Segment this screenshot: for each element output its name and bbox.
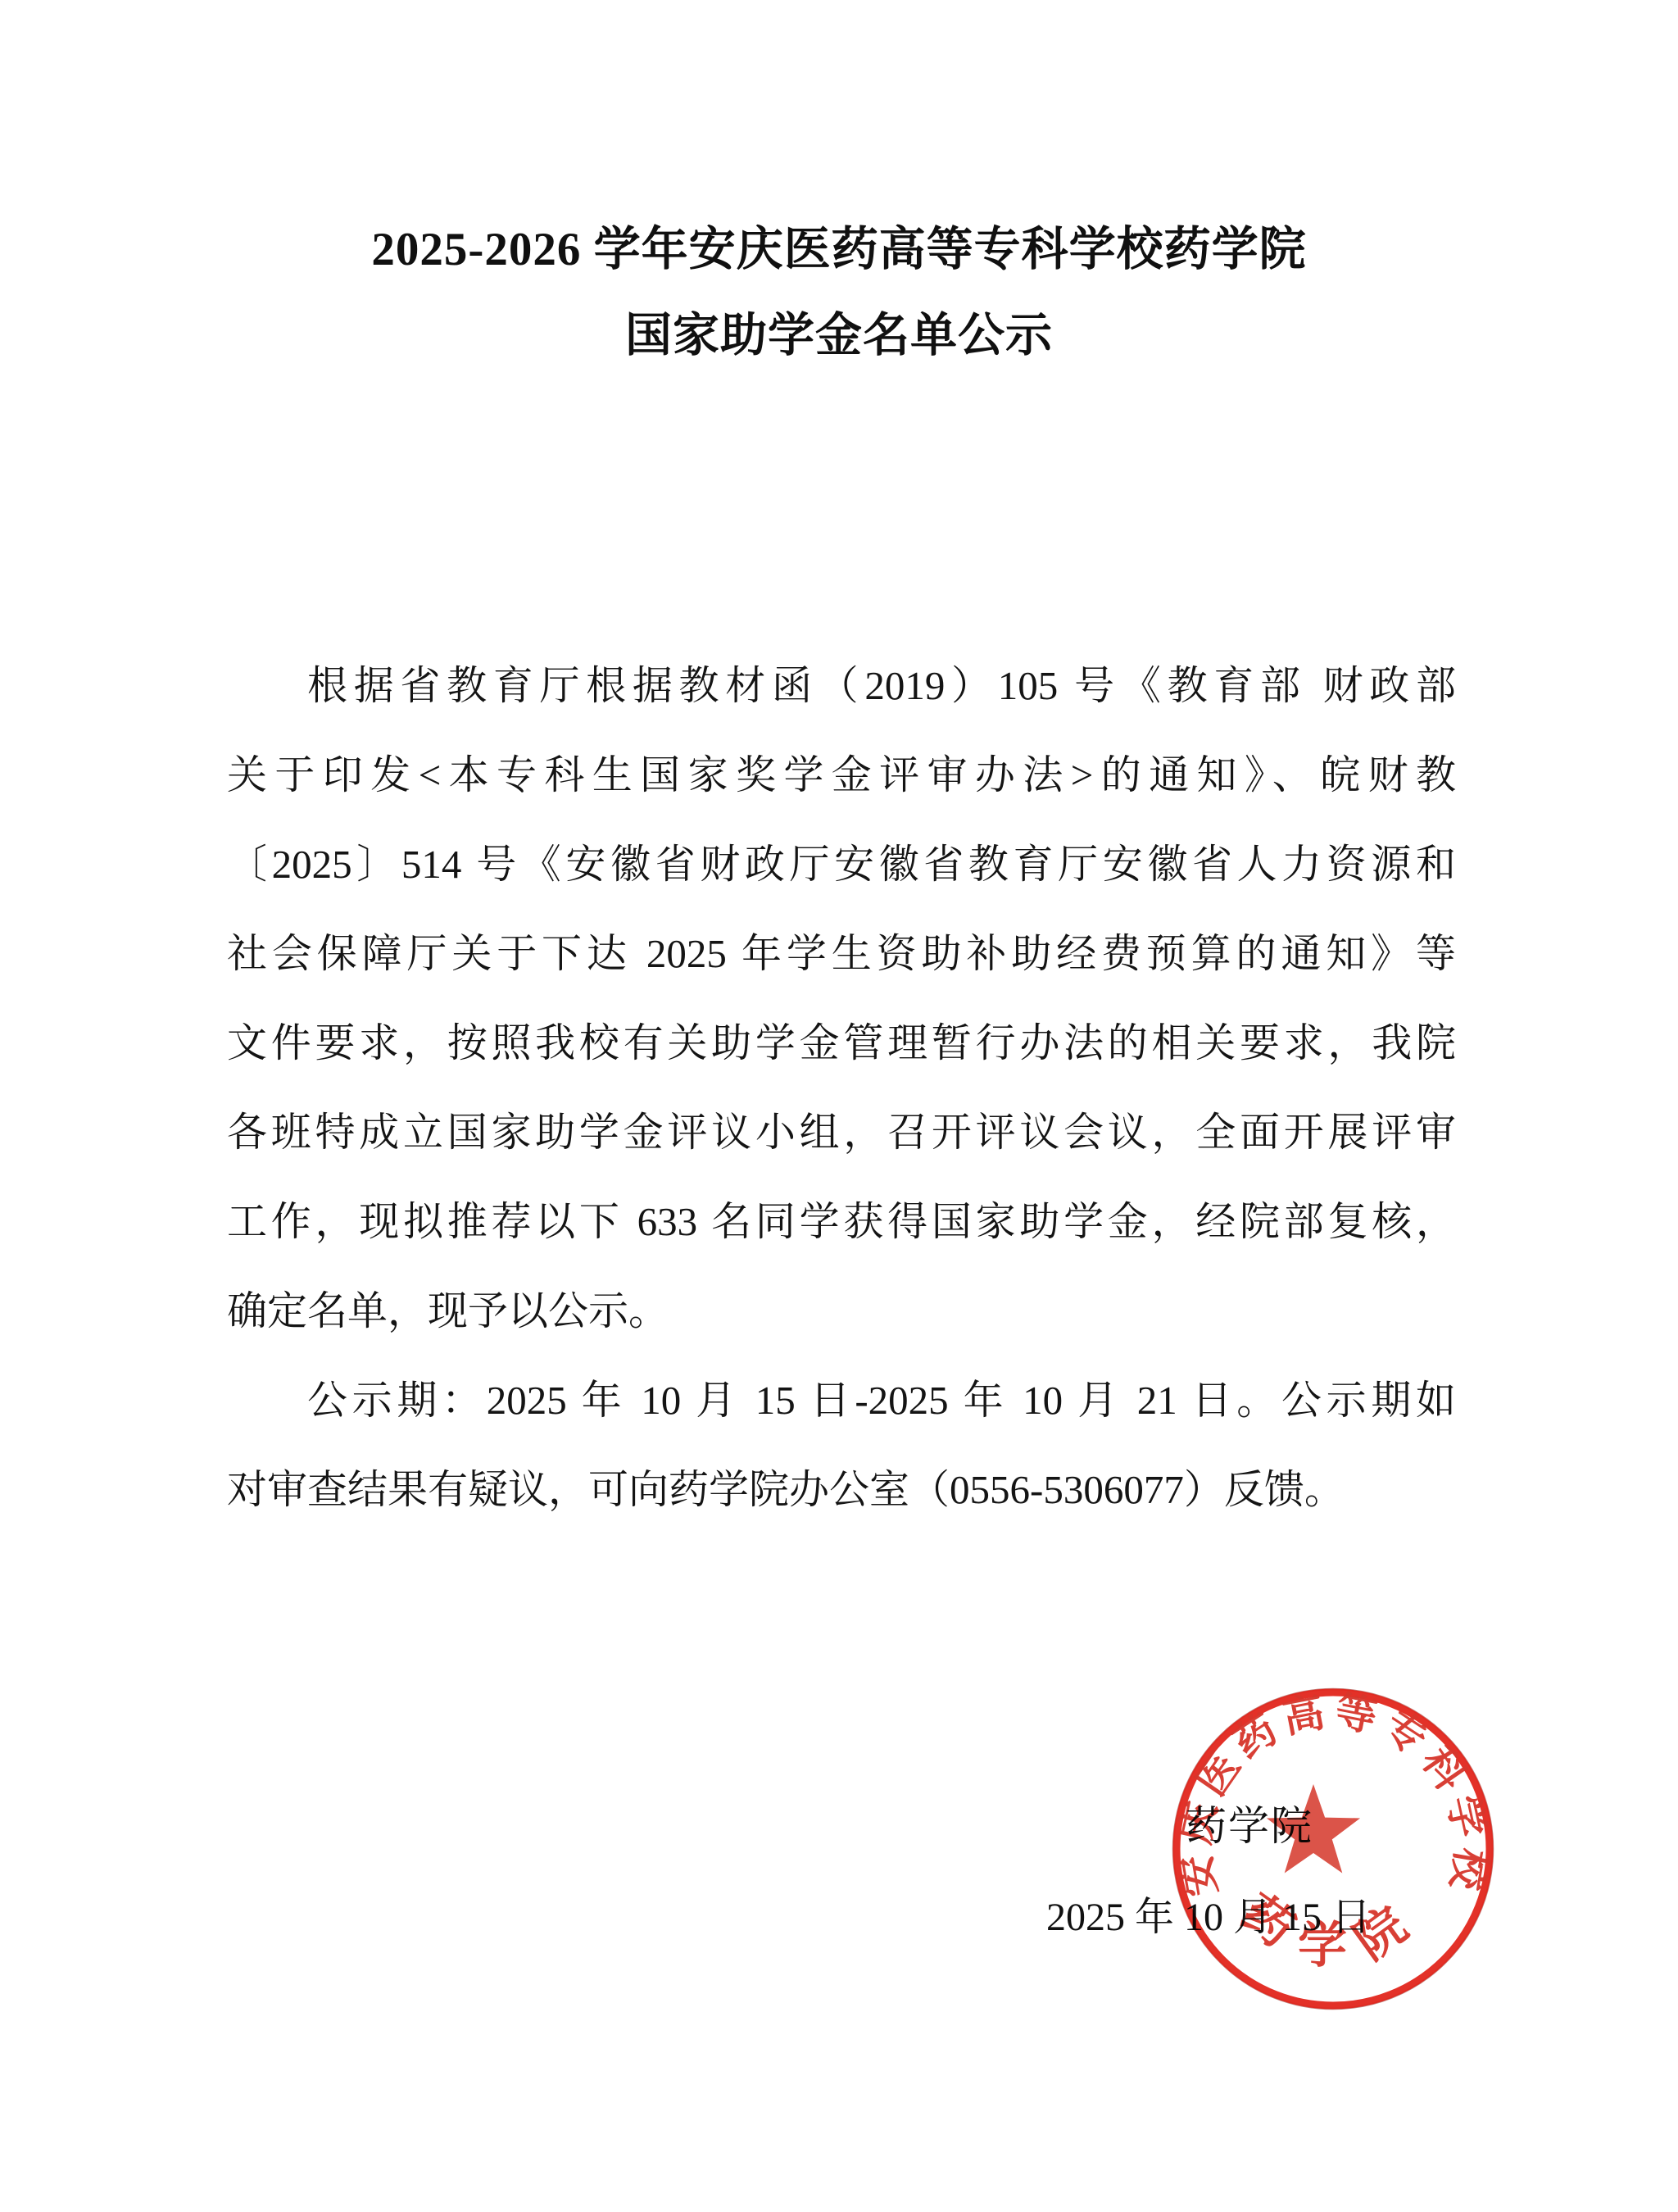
official-seal-svg: 安庆医药高等专科学校 药学院 [1163, 1680, 1508, 2024]
stamp-ring-text: 安庆医药高等专科学校 [1172, 1687, 1494, 1900]
body-line: 根据省教育厅根据教材函（2019）105 号《教育部 财政部 [227, 641, 1456, 730]
official-seal-stamp: 安庆医药高等专科学校 药学院 [1163, 1680, 1508, 2024]
body-line: 各班特成立国家助学金评议小组，召开评议会议，全面开展评审 [227, 1088, 1456, 1177]
body-line: 确定名单，现予以公示。 [227, 1266, 1456, 1356]
body-line: 文件要求，按照我校有关助学金管理暂行办法的相关要求，我院 [227, 998, 1456, 1088]
stamp-ring-text-holder: 安庆医药高等专科学校 [1172, 1687, 1494, 1900]
document-title-line1: 2025-2026 学年安庆医药高等专科学校药学院 [0, 207, 1678, 293]
body-line: 关于印发<本专科生国家奖学金评审办法>的通知》、皖财教 [227, 730, 1456, 820]
document-page: 2025-2026 学年安庆医药高等专科学校药学院 国家助学金名单公示 根据省教… [0, 0, 1678, 2212]
stamp-bottom-text-holder: 药学院 [1232, 1885, 1434, 1973]
document-title-line2: 国家助学金名单公示 [0, 293, 1678, 379]
body-line: 对审查结果有疑议，可向药学院办公室（0556-5306077）反馈。 [227, 1445, 1456, 1534]
document-body: 根据省教育厅根据教材函（2019）105 号《教育部 财政部 关于印发<本专科生… [227, 641, 1456, 1534]
body-line: 〔2025〕514 号《安徽省财政厅安徽省教育厅安徽省人力资源和 [227, 820, 1456, 909]
body-line: 社会保障厅关于下达 2025 年学生资助补助经费预算的通知》等 [227, 909, 1456, 998]
body-line: 公示期：2025 年 10 月 15 日-2025 年 10 月 21 日。公示… [227, 1356, 1456, 1445]
body-line: 工作，现拟推荐以下 633 名同学获得国家助学金，经院部复核， [227, 1177, 1456, 1266]
document-title: 2025-2026 学年安庆医药高等专科学校药学院 国家助学金名单公示 [0, 207, 1678, 379]
star-icon [1267, 1784, 1360, 1874]
stamp-bottom-text: 药学院 [1232, 1885, 1434, 1973]
